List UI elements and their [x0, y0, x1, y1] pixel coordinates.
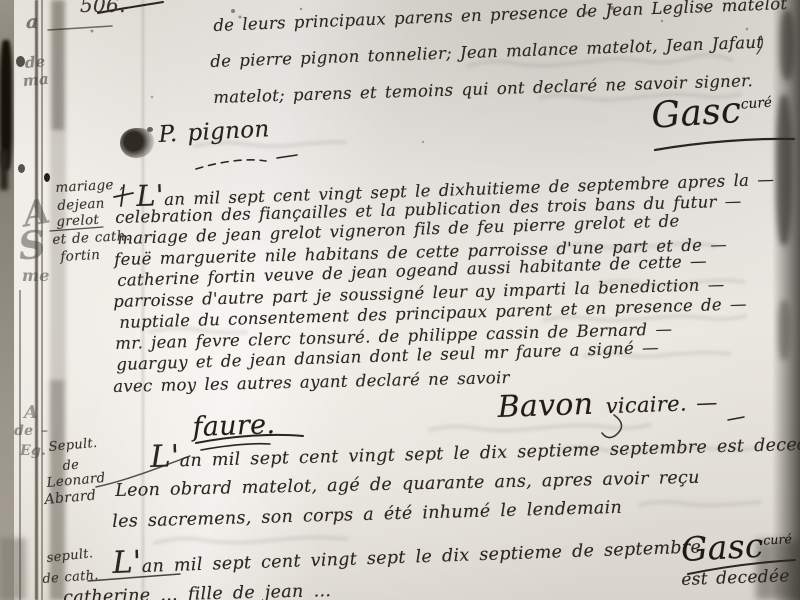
signature-gasc-top: Gasccuré — [650, 88, 774, 137]
act-line: est decedée — [681, 566, 790, 590]
signature-gasc-bottom: Gasccuré — [680, 524, 793, 569]
edge-streak — [776, 95, 792, 245]
fold-line — [35, 0, 38, 600]
smudge-band-top — [52, 0, 64, 130]
ink-dot — [44, 173, 50, 182]
signature-bavon-name: Bavon — [497, 387, 594, 425]
bleed-letter: S — [16, 221, 48, 269]
margin-note-line: fortin — [60, 247, 101, 265]
act-line: L'an mil sept cent vingt sept le dix sep… — [112, 532, 701, 578]
margin-note-line: de cath. — [42, 568, 99, 587]
signature-bavon-title: vicaire. — — [605, 390, 718, 418]
act-line-partial: catherine … fille de jean … — [63, 581, 332, 600]
ink-blot-satellite — [147, 127, 153, 132]
register-page-photo: 506. a de ma A S me A de – Eg. de leurs … — [0, 0, 800, 600]
margin-note-line: Abrard — [44, 488, 97, 508]
signature-gasc-title: curé — [740, 95, 772, 113]
signature-bavon: Bavon vicaire. — — [497, 382, 718, 425]
act-line: les sacremens, son corps a été inhumé le… — [112, 498, 622, 532]
edge-streak — [780, 10, 794, 80]
edge-streak — [778, 300, 790, 360]
bleed-letter: a — [26, 11, 39, 33]
bleed-letter: me — [22, 266, 50, 285]
act-line: Leon obrard matelot, agé de quarante ans… — [115, 468, 700, 501]
signature-pignon: P. pignon — [158, 116, 270, 148]
ink-blot — [120, 128, 154, 158]
bleed-letter: ma — [22, 70, 50, 90]
binding-gray-patch — [0, 538, 26, 600]
act-line: de pierre pignon tonnelier; Jean malance… — [210, 33, 764, 71]
bleed-letter: de — [24, 52, 46, 72]
margin-note-line: mariage , — [55, 176, 124, 196]
signature-gasc-name: Gasc — [680, 526, 765, 569]
signature-gasc-name: Gasc — [650, 90, 743, 137]
margin-note-line: Sepult. — [48, 436, 98, 455]
page-number: 506. — [80, 0, 126, 17]
margin-note-line: grelot — [56, 212, 100, 230]
signature-faure: faure. — [192, 409, 276, 443]
bleed-letter: A — [24, 402, 38, 423]
act-line: de leurs principaux parens en presence d… — [213, 0, 788, 35]
binding-black-blob-2 — [0, 150, 8, 190]
ink-dot — [18, 164, 25, 173]
fold-line-2 — [41, 0, 43, 600]
signature-gasc-title: curé — [763, 531, 792, 547]
bleed-letter: de – — [14, 423, 48, 439]
bleed-letter: Eg. — [20, 443, 46, 459]
